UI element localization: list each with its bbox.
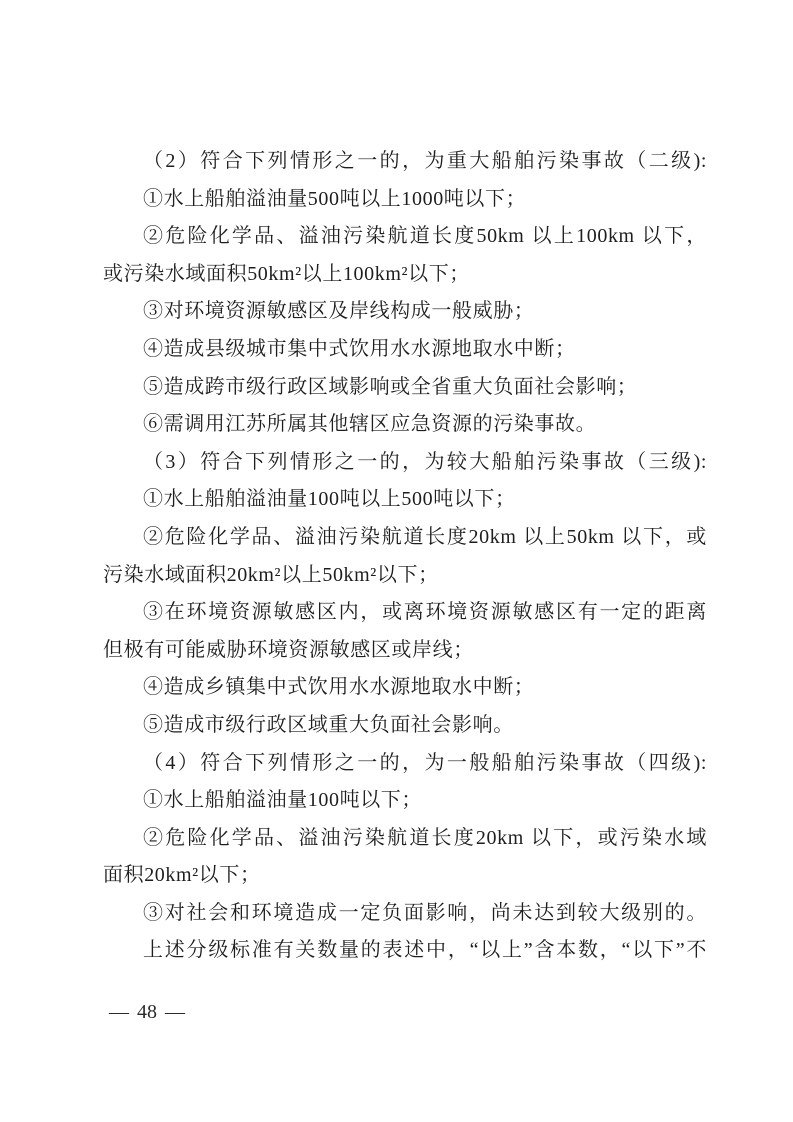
text-line: 但极有可能威胁环境资源敏感区或岸线；: [103, 632, 707, 670]
text-line: ①水上船舶溢油量500吨以上1000吨以下；: [103, 181, 707, 219]
text-line: ②危险化学品、溢油污染航道长度50km 以上100km 以下，: [103, 218, 707, 256]
text-line: ⑤造成市级行政区域重大负面社会影响。: [103, 707, 707, 745]
text-line: （2）符合下列情形之一的，为重大船舶污染事故（二级):: [103, 143, 707, 181]
text-line: ④造成县级城市集中式饮用水水源地取水中断；: [103, 331, 707, 369]
text-line: （3）符合下列情形之一的，为较大船舶污染事故（三级):: [103, 444, 707, 482]
text-line: ⑥需调用江苏所属其他辖区应急资源的污染事故。: [103, 406, 707, 444]
body-text: （2）符合下列情形之一的，为重大船舶污染事故（二级): ①水上船舶溢油量500吨…: [103, 143, 707, 970]
text-line: ④造成乡镇集中式饮用水水源地取水中断；: [103, 669, 707, 707]
text-line: （4）符合下列情形之一的，为一般船舶污染事故（四级):: [103, 745, 707, 783]
text-line: ①水上船舶溢油量100吨以上500吨以下；: [103, 481, 707, 519]
text-line: 面积20km²以下；: [103, 857, 707, 895]
text-line: ②危险化学品、溢油污染航道长度20km 以下，或污染水域: [103, 820, 707, 858]
text-line: ①水上船舶溢油量100吨以下；: [103, 782, 707, 820]
text-line: 或污染水域面积50km²以上100km²以下；: [103, 256, 707, 294]
footer-dash-left: —: [109, 1001, 129, 1023]
text-line: ③在环境资源敏感区内，或离环境资源敏感区有一定的距离: [103, 594, 707, 632]
text-line: 上述分级标准有关数量的表述中，“以上”含本数，“以下”不: [103, 932, 707, 970]
document-page: （2）符合下列情形之一的，为重大船舶污染事故（二级): ①水上船舶溢油量500吨…: [0, 0, 793, 1122]
page-number: 48: [137, 1001, 157, 1023]
text-line: 污染水域面积20km²以上50km²以下；: [103, 557, 707, 595]
text-line: ⑤造成跨市级行政区域影响或全省重大负面社会影响；: [103, 369, 707, 407]
footer-dash-right: —: [165, 1001, 185, 1023]
text-line: ③对社会和环境造成一定负面影响，尚未达到较大级别的。: [103, 895, 707, 933]
page-footer: —48—: [105, 1001, 189, 1024]
text-line: ③对环境资源敏感区及岸线构成一般威胁；: [103, 293, 707, 331]
text-line: ②危险化学品、溢油污染航道长度20km 以上50km 以下，或: [103, 519, 707, 557]
